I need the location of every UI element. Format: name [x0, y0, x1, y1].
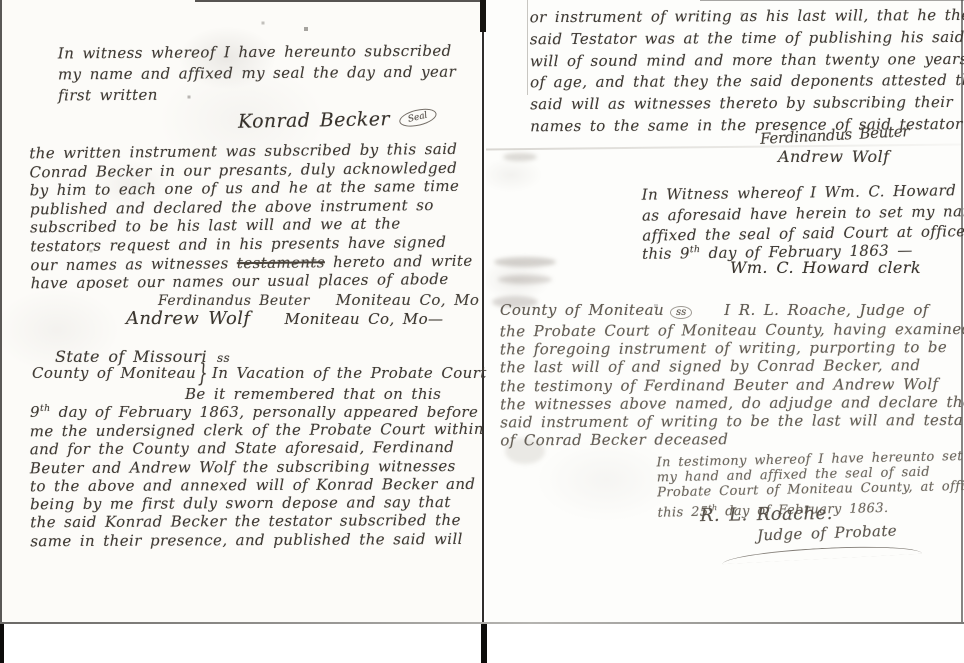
handwritten-line: the Probate Court of Moniteau County, ha… — [500, 320, 964, 341]
handwritten-line: of Conrad Becker deceased — [500, 429, 964, 450]
seal-mark: Seal — [397, 106, 437, 130]
top-edge-scan-line-right — [700, 0, 964, 1]
vacation-note: In Vacation of the Probate Court — [212, 364, 487, 382]
handwritten-line: the testimony of Ferdinand Beuter and An… — [500, 374, 964, 395]
venue-body-text: me the undersigned clerk of the Probate … — [30, 420, 485, 550]
handwritten-line: me the undersigned clerk of the Probate … — [30, 420, 484, 441]
day-number: this 9 — [642, 244, 690, 263]
venue-date-line: 9th day of February 1863, personally app… — [30, 403, 478, 421]
handwritten-line: of age, and that they the said deponents… — [530, 70, 964, 94]
day-number: 9 — [30, 403, 40, 421]
testator-signature: Konrad BeckerSeal — [238, 107, 438, 133]
right-page-margin-line — [527, 0, 528, 95]
county-name: County of Moniteau — [32, 364, 196, 382]
handwritten-line: the foregoing instrument of writing, pur… — [500, 338, 964, 359]
witness-signature-row: Ferdinandus BeuterMoniteau Co, Mo — [158, 291, 479, 309]
handwritten-line: Beuter and Andrew Wolf the subscribing w… — [30, 456, 484, 477]
handwritten-line: and for the County and State aforesaid, … — [30, 438, 484, 459]
handwritten-line: to the above and annexed will of Konrad … — [30, 475, 484, 496]
bottom-left-scan-bar — [0, 624, 4, 663]
handwritten-line: the last will of and signed by Conrad Be… — [500, 356, 964, 377]
page-gutter-cap — [480, 0, 486, 32]
handwritten-line: being by me first duly sworn depose and … — [30, 493, 484, 514]
judgment-opening-line: County of MoniteaussI R. L. Roache, Judg… — [500, 301, 929, 319]
day-ordinal-suffix: th — [40, 403, 51, 414]
testimonium-lines: In testimony whereof I have hereunto set… — [656, 449, 964, 501]
witness-signature-name: Ferdinandus Beuter — [158, 293, 310, 309]
ink-bleed-smudge — [498, 275, 552, 284]
testator-signature-name: Konrad Becker — [238, 108, 390, 133]
brace-mark: } — [198, 358, 208, 389]
handwritten-line: or instrument of writing as his last wil… — [530, 5, 964, 29]
strike-line-before: our names as witnesses — [30, 254, 237, 274]
venue-opening-line: Be it remembered that on this — [185, 385, 441, 403]
day-ordinal-suffix: th — [690, 244, 701, 255]
scanned-document: In witness whereof I have hereunto subsc… — [0, 0, 964, 663]
handwritten-line: my name and affixed my seal the day and … — [58, 62, 456, 86]
strike-line-after: hereto and write — [325, 251, 473, 271]
judgment-body-text: the Probate Court of Moniteau County, ha… — [500, 320, 964, 450]
handwritten-line: will of sound mind and more than twenty … — [530, 48, 964, 72]
county-name: County of Moniteau — [500, 301, 664, 319]
bottom-gutter-scan-bar — [481, 624, 487, 663]
handwritten-line: first written — [58, 83, 456, 107]
ink-bleed-smudge — [494, 257, 556, 267]
handwritten-line: the said Konrad Becker the testator subs… — [30, 511, 484, 532]
ss-abbreviation: ss — [217, 351, 230, 365]
witness-residence: Moniteau Co, Mo — [336, 291, 480, 309]
witness-signature-row: Andrew WolfMoniteau Co, Mo— — [126, 308, 443, 329]
date-line-rest: day of February 1863, personally appeare… — [50, 403, 478, 421]
left-edge-scan-line — [0, 0, 2, 622]
handwritten-line: the witnesses above named, do adjudge an… — [500, 392, 964, 413]
witness-signature-name: Andrew Wolf — [126, 308, 250, 329]
handwritten-line: said Testator was at the time of publish… — [530, 27, 964, 51]
struck-word: testaments — [237, 253, 325, 272]
witness-signature: Andrew Wolf — [778, 147, 889, 166]
clerk-signature: Wm. C. Howard clerk — [730, 258, 921, 277]
handwritten-line: In witness whereof I have hereunto subsc… — [58, 41, 456, 65]
venue-county-line: County of Moniteau}In Vacation of the Pr… — [32, 364, 487, 382]
witness-attestation-clause: the written instrument was subscribed by… — [29, 140, 473, 293]
ss-abbreviation: ss — [670, 306, 692, 319]
will-continuation-text: or instrument of writing as his last wil… — [530, 5, 964, 138]
top-edge-scan-line-left — [195, 0, 486, 2]
ink-specks — [0, 0, 2, 2]
clerk-attestation-text: In Witness whereof I Wm. C. Howard clerk… — [642, 179, 964, 246]
witness-residence: Moniteau Co, Mo— — [284, 310, 443, 328]
judge-intro: I R. L. Roache, Judge of — [724, 301, 928, 319]
handwritten-line: said instrument of writing to be the las… — [500, 411, 964, 432]
judge-signature: R. L. Roache. — [700, 503, 833, 526]
ink-bleed-smudge — [503, 153, 537, 161]
handwritten-line: same in their presence, and published th… — [30, 530, 484, 551]
witness-clause-lines-a: the written instrument was subscribed by… — [29, 140, 472, 256]
attestation-clause: In witness whereof I have hereunto subsc… — [58, 41, 457, 107]
handwritten-line: said will as witnesses thereto by subscr… — [530, 92, 964, 116]
